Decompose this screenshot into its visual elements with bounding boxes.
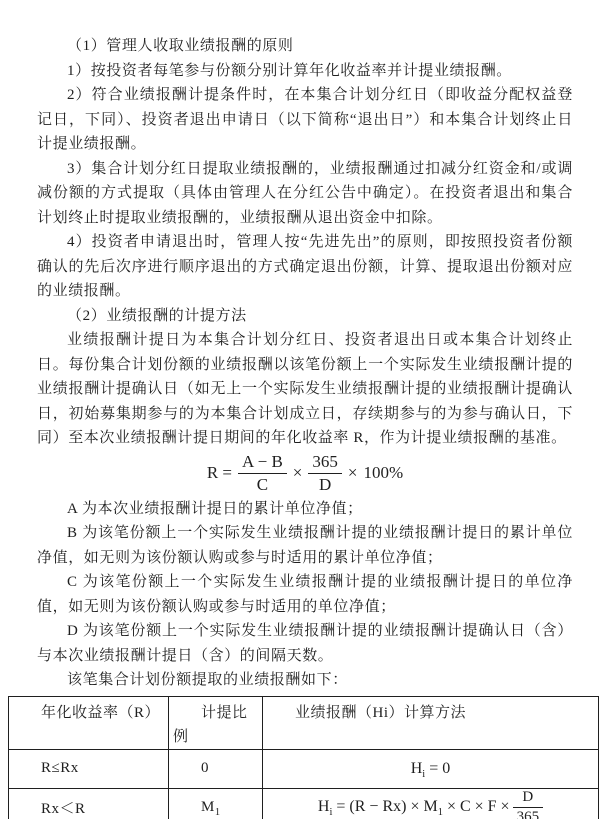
document-body: （1）管理人收取业绩报酬的原则 1）按投资者每笔参与份额分别计算年化收益率并计提… <box>0 0 606 693</box>
heading-fee-method: （2）业绩报酬的计提方法 <box>37 304 573 329</box>
table-row: Rx＜R M1 Hi = (R − Rx) × M1 × C × F × D 3… <box>9 788 599 819</box>
performance-fee-table: 年化收益率（R） 计提比例 业绩报酬（Hi）计算方法 R≤Rx 0 Hi = 0… <box>8 696 599 819</box>
ratio-subscript: 1 <box>215 807 221 818</box>
para-rule-1: 1）按投资者每笔参与份额分别计算年化收益率并计提业绩报酬。 <box>37 59 573 84</box>
formula-lhs: R = <box>207 461 232 486</box>
para-rule-3: 3）集合计划分红日提取业绩报酬的，业绩报酬通过扣减分红资金和/或调减份额的方式提… <box>37 157 573 231</box>
def-variable-d: D 为该笔份额上一个实际发生业绩报酬计提的业绩报酬计提确认日（含）与本次业绩报酬… <box>37 619 573 668</box>
def-variable-b: B 为该笔份额上一个实际发生业绩报酬计提的业绩报酬计提日的累计单位净值，如无则为… <box>37 521 573 570</box>
fraction-numerator: A − B <box>238 452 287 474</box>
fraction-numerator: 365 <box>308 452 342 474</box>
formula-tail: × C × F × <box>443 798 510 815</box>
table-row: R≤Rx 0 Hi = 0 <box>9 749 599 788</box>
fraction-denominator: D <box>308 474 342 495</box>
multiply-sign: × <box>293 461 303 486</box>
def-variable-c: C 为该笔份额上一个实际发生业绩报酬计提的业绩报酬计提日的单位净值，如无则为该份… <box>37 570 573 619</box>
fraction-denominator: C <box>238 474 287 495</box>
cell-formula: Hi = 0 <box>263 749 599 788</box>
heading-fee-principles: （1）管理人收取业绩报酬的原则 <box>37 34 573 59</box>
formula-tail: 100% <box>363 461 403 486</box>
formula-mid: = (R − Rx) × M <box>332 798 437 815</box>
formula-rest: = 0 <box>425 760 450 777</box>
def-variable-a: A 为本次业绩报酬计提日的累计单位净值； <box>37 497 573 522</box>
fraction-denominator: 365 <box>513 808 544 819</box>
cell-condition: Rx＜R <box>9 788 169 819</box>
cell-ratio: 0 <box>169 749 263 788</box>
para-table-intro: 该笔集合计划份额提取的业绩报酬如下： <box>37 668 573 693</box>
formula-h: H <box>318 798 330 815</box>
header-annualized-return: 年化收益率（R） <box>9 696 169 749</box>
para-rule-4: 4）投资者申请退出时，管理人按“先进先出”的原则，即按照投资者份额确认的先后次序… <box>37 230 573 304</box>
fraction-numerator: D <box>513 789 544 808</box>
multiply-sign: × <box>348 461 358 486</box>
para-rule-2: 2）符合业绩报酬计提条件时，在本集合计划分红日（即收益分配权益登记日，下同）、投… <box>37 83 573 157</box>
formula-fraction-1: A − B C <box>238 452 287 494</box>
header-accrual-ratio: 计提比例 <box>169 696 263 749</box>
header-fee-calculation: 业绩报酬（Hi）计算方法 <box>263 696 599 749</box>
cell-condition: R≤Rx <box>9 749 169 788</box>
formula-fraction-d-365: D 365 <box>513 789 544 819</box>
document-page: （1）管理人收取业绩报酬的原则 1）按投资者每笔参与份额分别计算年化收益率并计提… <box>0 0 606 819</box>
cell-formula: Hi = (R − Rx) × M1 × C × F × D 365 <box>263 788 599 819</box>
table-header-row: 年化收益率（R） 计提比例 业绩报酬（Hi）计算方法 <box>9 696 599 749</box>
para-method-intro: 业绩报酬计提日为本集合计划分红日、投资者退出日或本集合计划终止日。每份集合计划份… <box>37 328 573 451</box>
cell-ratio: M1 <box>169 788 263 819</box>
ratio-m1: M1 <box>201 799 221 815</box>
annualized-return-formula: R = A − B C × 365 D × 100% <box>37 451 573 497</box>
formula-h: H <box>411 760 423 777</box>
formula-fraction-2: 365 D <box>308 452 342 494</box>
